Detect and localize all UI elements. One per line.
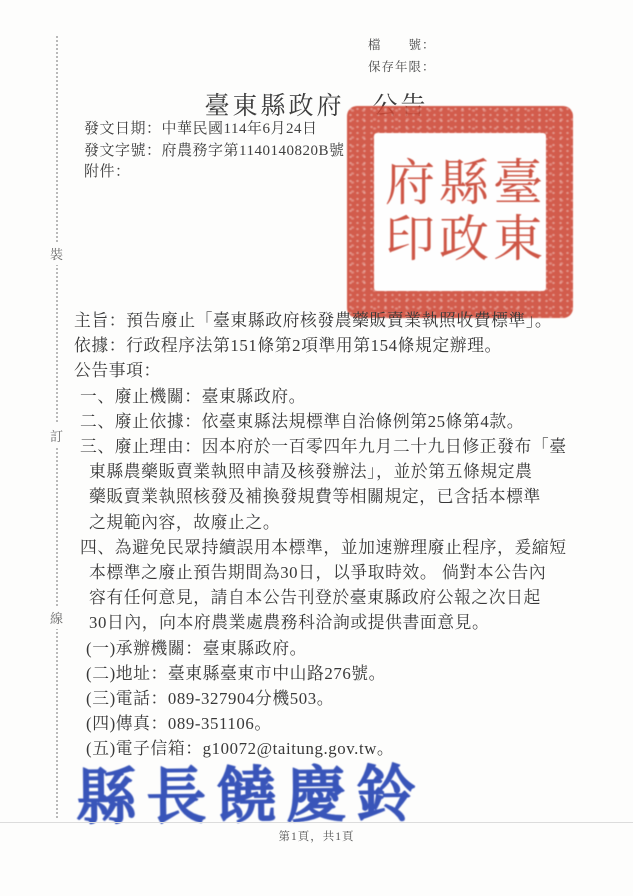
binding-dotted-line: 裝 訂 線: [56, 36, 58, 818]
binding-char-xian: 線: [50, 606, 63, 629]
binding-char-ding: 訂: [50, 424, 63, 447]
body-line-sub1-agency: (一)承辦機關：臺東縣政府。: [86, 636, 586, 661]
body-line-item4: 四、為避免民眾持續誤用本標準，並加速辦理廢止程序，爰縮短: [80, 535, 586, 560]
body-line-subject: 主旨：預告廢止「臺東縣政府核發農藥販賣業執照收費標準」。: [74, 308, 586, 333]
body-line-item4-cont: 容有任何意見，請自本公告刊登於臺東縣政府公報之次日起: [89, 585, 586, 610]
body-line-item3-cont: 東縣農藥販賣業執照申請及核發辦法」，並於第五條規定農: [89, 459, 586, 484]
seal-inner-text: 臺東 縣政 府印: [374, 133, 546, 291]
page-number-footer: 第1頁，共1頁: [0, 828, 633, 844]
body-line-basis: 依據：行政程序法第151條第2項準用第154條規定辦理。: [74, 333, 586, 358]
official-red-seal: 臺東 縣政 府印: [347, 106, 573, 318]
body-line-item4-cont: 本標準之廢止預告期間為30日，以爭取時效。 倘對本公告內: [89, 560, 586, 585]
file-number-label: 檔 號：: [368, 34, 436, 56]
body-line-sub4-fax: (四)傳真：089-351106。: [86, 711, 586, 736]
body-line-sub3-phone: (三)電話：089-327904分機503。: [86, 686, 586, 711]
retention-period-label: 保存年限：: [368, 56, 436, 78]
body-line-sub2-address: (二)地址：臺東縣臺東市中山路276號。: [86, 661, 586, 686]
body-line-item2: 二、廢止依據：依臺東縣法規標準自治條例第25條第4款。: [80, 409, 586, 434]
body-line-items-header: 公告事項：: [74, 358, 586, 383]
announcement-body: 主旨：預告廢止「臺東縣政府核發農藥販賣業執照收費標準」。 依據：行政程序法第15…: [74, 308, 586, 762]
attachment-line: 附件：: [84, 162, 344, 184]
announcement-document-page: 檔 號： 保存年限： 臺東縣政府 公告 發文日期：中華民國114年6月24日 發…: [0, 0, 633, 896]
scan-fold-line: [0, 822, 633, 823]
body-line-item4-cont: 30日內，向本府農業處農務科洽詢或提供書面意見。: [89, 610, 586, 635]
body-line-item3: 三、廢止理由：因本府於一百零四年九月二十九日修正發布「臺: [80, 434, 586, 459]
body-line-item3-cont: 之規範內容，故廢止之。: [89, 510, 586, 535]
seal-column-middle: 縣政: [434, 156, 486, 268]
document-number-line: 發文字號：府農務字第1140140820B號: [84, 141, 344, 163]
seal-column-left: 府印: [380, 156, 432, 268]
binding-char-zhuang: 裝: [50, 242, 63, 265]
document-meta: 發文日期：中華民國114年6月24日 發文字號：府農務字第1140140820B…: [84, 119, 344, 184]
body-line-item1: 一、廢止機關：臺東縣政府。: [80, 384, 586, 409]
body-line-item3-cont: 藥販賣業執照核發及補換發規費等相關規定，已含括本標準: [89, 484, 586, 509]
file-number-block: 檔 號： 保存年限：: [368, 34, 436, 78]
seal-column-right: 臺東: [488, 156, 540, 268]
issue-date-line: 發文日期：中華民國114年6月24日: [84, 119, 344, 141]
